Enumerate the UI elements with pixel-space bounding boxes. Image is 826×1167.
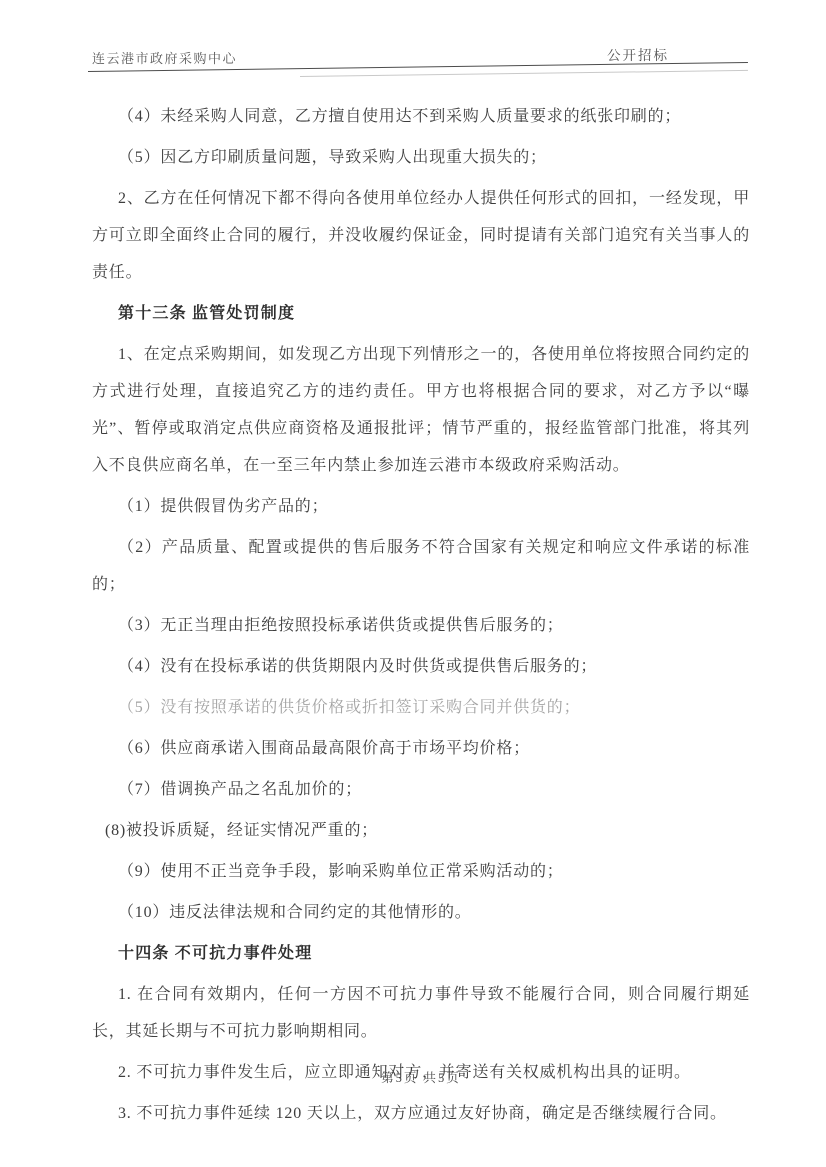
clause-item: （5）没有按照承诺的供货价格或折扣签订采购合同并供货的； <box>92 689 750 726</box>
section-heading: 第十三条 监管处罚制度 <box>92 295 750 332</box>
document-page: 连云港市政府采购中心 公开招标 （4）未经采购人同意，乙方擅自使用达不到采购人质… <box>0 0 826 1167</box>
clause-item: (8)被投诉质疑，经证实情况严重的； <box>92 812 750 849</box>
clause-item: （6）供应商承诺入围商品最高限价高于市场平均价格； <box>92 730 750 767</box>
clause-item: （7）借调换产品之名乱加价的； <box>92 771 750 808</box>
clause-item: 3. 不可抗力事件延续 120 天以上，双方应通过友好协商，确定是否继续履行合同… <box>92 1095 750 1132</box>
section-heading: 十四条 不可抗力事件处理 <box>92 935 750 972</box>
clause-item: （5）因乙方印刷质量问题，导致采购人出现重大损失的； <box>92 139 750 176</box>
clause-item: （10）违反法律法规和合同约定的其他情形的。 <box>92 894 750 931</box>
header-doc-type: 公开招标 <box>607 44 669 64</box>
paragraph: 1、在定点采购期间，如发现乙方出现下列情形之一的，各使用单位将按照合同约定的方式… <box>92 336 750 484</box>
clause-item: （1）提供假冒伪劣产品的； <box>92 488 750 525</box>
header-org-name: 连云港市政府采购中心 <box>92 48 237 67</box>
clause-item: （4）没有在投标承诺的供货期限内及时供货或提供售后服务的； <box>92 648 750 685</box>
clause-item: （2）产品质量、配置或提供的售后服务不符合国家有关规定和响应文件承诺的标准的； <box>92 529 750 603</box>
page-footer: 第5页 共5页 <box>92 1068 750 1086</box>
clause-item: （4）未经采购人同意，乙方擅自使用达不到采购人质量要求的纸张印刷的； <box>92 98 750 135</box>
document-body: （4）未经采购人同意，乙方擅自使用达不到采购人质量要求的纸张印刷的；（5）因乙方… <box>92 98 750 1136</box>
paragraph: 2、乙方在任何情况下都不得向各使用单位经办人提供任何形式的回扣，一经发现，甲方可… <box>92 180 750 291</box>
page-number: 第5页 共5页 <box>381 1071 461 1085</box>
clause-item: （3）无正当理由拒绝按照投标承诺供货或提供售后服务的； <box>92 607 750 644</box>
clause-item: （9）使用不正当竞争手段，影响采购单位正常采购活动的； <box>92 853 750 890</box>
paragraph: 1. 在合同有效期内，任何一方因不可抗力事件导致不能履行合同，则合同履行期延长，… <box>92 976 750 1050</box>
header-rule-shadow <box>300 70 748 77</box>
